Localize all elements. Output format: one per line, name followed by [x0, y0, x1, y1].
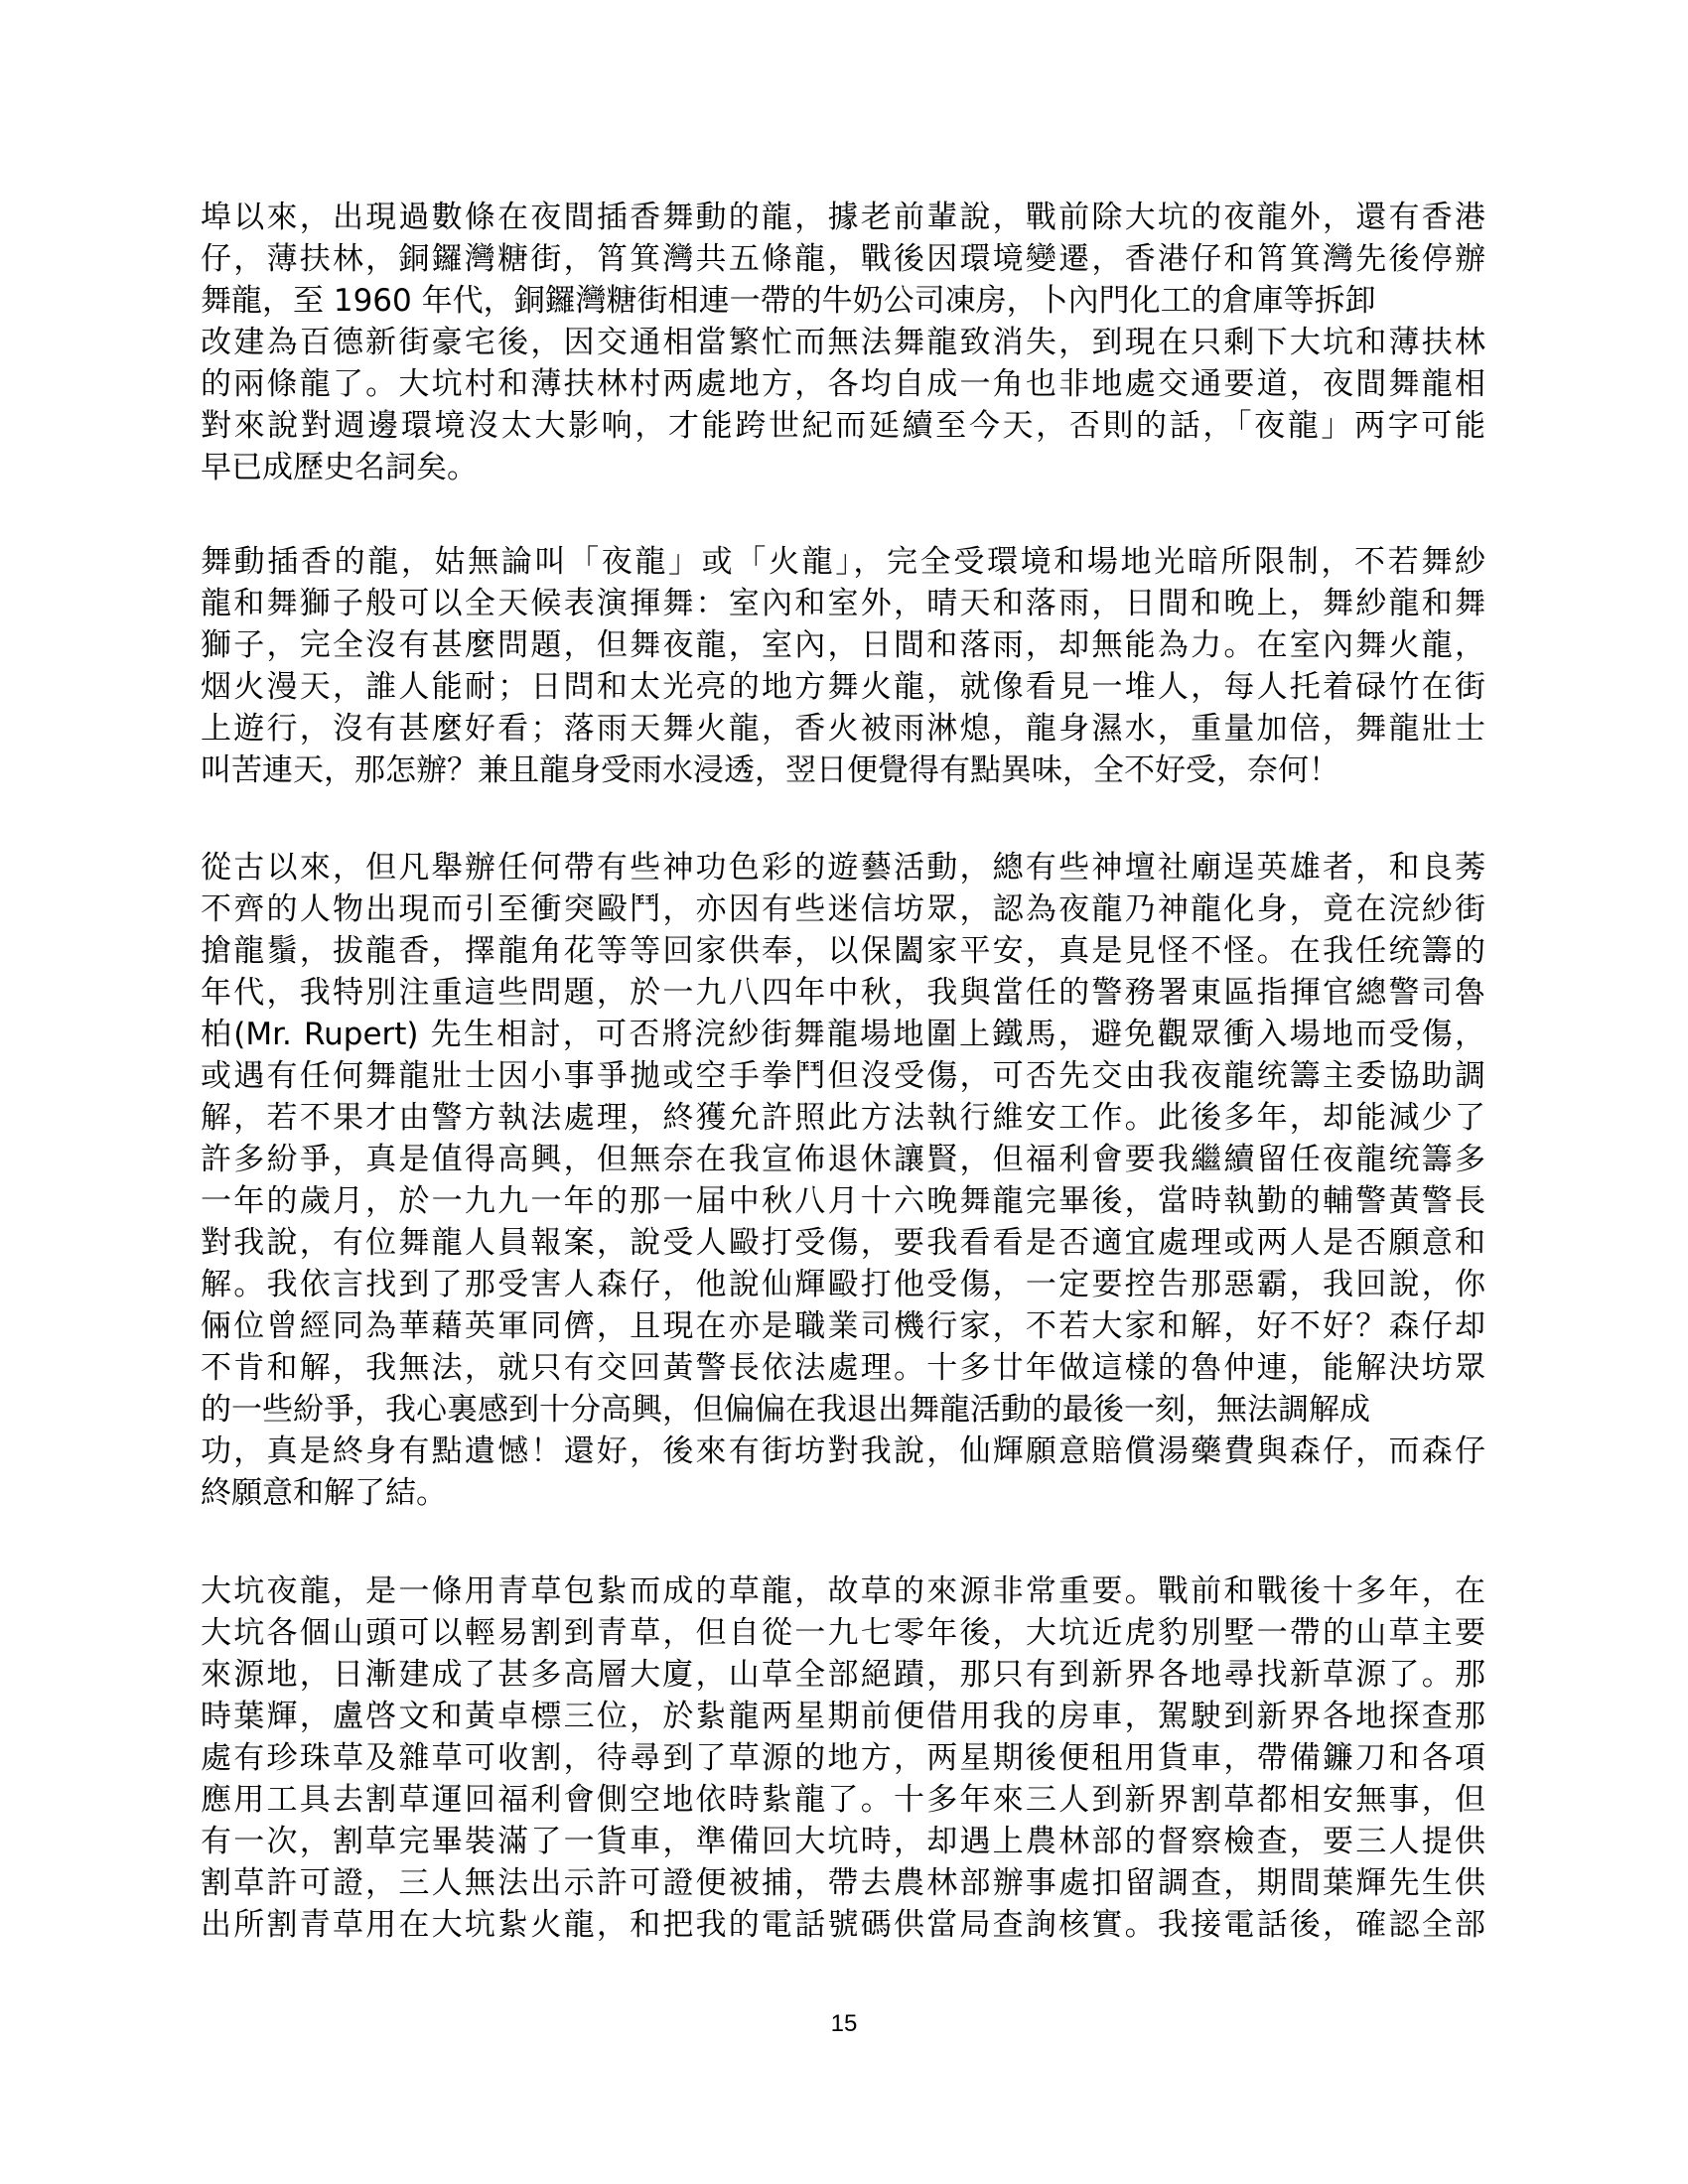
- text-line: 許多紛爭，真是值得高興，但無奈在我宣佈退休讓賢，但福利會要我繼續留任夜龍统籌多: [201, 1139, 1485, 1180]
- text-line: 大坑各個山頭可以輕易割到青草，但自從一九七零年後，大坑近虎豹別墅一帶的山草主要: [201, 1612, 1485, 1654]
- document-page: 埠以來，出現過數條在夜間插香舞動的龍，據老前輩說，戰前除大坑的夜龍外，還有香港 …: [0, 0, 1688, 2184]
- text-line: 舞動插香的龍，姑無論叫「夜龍」或「火龍」，完全受環境和場地光暗所限制，不若舞紗: [201, 541, 1485, 583]
- text-line: 烟火漫天，誰人能耐；日問和太光亮的地方舞火龍，就像看見一堆人，每人托着碌竹在街: [201, 666, 1485, 708]
- text-line: 舞龍，至 1960 年代，銅鑼灣糖街相連一帶的牛奶公司凍房，卜內門化工的倉庫等拆…: [201, 280, 1485, 322]
- page-number: 15: [0, 2009, 1688, 2039]
- text-line: 叫苦連天，那怎辦？兼且龍身受雨水浸透，翌日便覺得有點異味，全不好受，奈何！: [201, 750, 1485, 791]
- text-line: 對來說對週邊環境沒太大影响，才能跨世紀而延續至今天，否則的話，「夜龍」两字可能: [201, 405, 1485, 447]
- text-line: 獅子，完全沒有甚麼問題，但舞夜龍，室內，日間和落雨，却無能為力。在室內舞火龍，: [201, 624, 1485, 666]
- text-line: 倆位曾經同為華藉英軍同儕，且現在亦是職業司機行家，不若大家和解，好不好？森仔却: [201, 1305, 1485, 1347]
- text-line: 時葉輝，盧啓文和黃卓標三位，於紥龍两星期前便借用我的房車，駕駛到新界各地探查那: [201, 1696, 1485, 1737]
- text-line: 仔，薄扶林，銅鑼灣糖街，筲箕灣共五條龍，戰後因環境變遷，香港仔和筲箕灣先後停辦: [201, 238, 1485, 280]
- text-line: 柏(Mr. Rupert) 先生相討，可否將浣紗街舞龍場地圍上鐵馬，避免觀眾衝入…: [201, 1014, 1485, 1055]
- paragraph-3: 從古以來，但凡舉辦任何帶有些神功色彩的遊藝活動，總有些神壇社廟逞英雄者，和良莠 …: [201, 847, 1485, 1514]
- text-line: 搶龍鬚，拔龍香，擇龍角花等等回家供奉，以保闔家平安，真是見怪不怪。在我任统籌的: [201, 930, 1485, 972]
- text-line: 功，真是終身有點遺憾！還好，後來有街坊對我說，仙輝願意賠償湯藥費與森仔，而森仔: [201, 1431, 1485, 1472]
- text-line: 埠以來，出現過數條在夜間插香舞動的龍，據老前輩說，戰前除大坑的夜龍外，還有香港: [201, 197, 1485, 238]
- text-line: 上遊行，沒有甚麼好看；落雨天舞火龍，香火被雨淋熄，龍身濕水，重量加倍，舞龍壯士: [201, 708, 1485, 750]
- text-line: 的一些紛爭，我心裏感到十分高興，但偏偏在我退出舞龍活動的最後一刻，無法調解成: [201, 1389, 1485, 1431]
- text-line: 終願意和解了結。: [201, 1472, 1485, 1514]
- text-line: 割草許可證，三人無法出示許可證便被捕，帶去農林部辦事處扣留調查，期間葉輝先生供: [201, 1862, 1485, 1904]
- paragraph-1: 埠以來，出現過數條在夜間插香舞動的龍，據老前輩說，戰前除大坑的夜龍外，還有香港 …: [201, 197, 1485, 488]
- text-line: 大坑夜龍，是一條用青草包紥而成的草龍，故草的來源非常重要。戰前和戰後十多年，在: [201, 1570, 1485, 1612]
- paragraph-4: 大坑夜龍，是一條用青草包紥而成的草龍，故草的來源非常重要。戰前和戰後十多年，在 …: [201, 1570, 1485, 1946]
- text-line: 處有珍珠草及雜草可收割，待尋到了草源的地方，两星期後便租用貨車，帶備鐮刀和各項: [201, 1737, 1485, 1779]
- text-line: 有一次，割草完畢裝滿了一貨車，準備回大坑時，却遇上農林部的督察檢查，要三人提供: [201, 1821, 1485, 1862]
- text-line: 改建為百德新街豪宅後，因交通相當繁忙而無法舞龍致消失，到現在只剩下大坑和薄扶林: [201, 322, 1485, 363]
- text-line: 的兩條龍了。大坑村和薄扶林村两處地方，各均自成一角也非地處交通要道，夜間舞龍相: [201, 363, 1485, 405]
- text-line: 一年的歲月，於一九九一年的那一届中秋八月十六晚舞龍完畢後，當時執勤的輔警黃警長: [201, 1180, 1485, 1222]
- text-line: 早已成歷史名詞矣。: [201, 447, 1485, 488]
- text-line: 對我說，有位舞龍人員報案，說受人毆打受傷，要我看看是否適宜處理或两人是否願意和: [201, 1222, 1485, 1264]
- text-line: 應用工具去割草運回福利會側空地依時紥龍了。十多年來三人到新界割草都相安無事，但: [201, 1779, 1485, 1821]
- text-line: 年代，我特別注重這些問題，於一九八四年中秋，我與當任的警務署東區指揮官總警司魯: [201, 972, 1485, 1014]
- text-line: 或遇有任何舞龍壯士因小事爭拋或空手拳鬥但沒受傷，可否先交由我夜龍统籌主委協助調: [201, 1055, 1485, 1097]
- text-line: 解，若不果才由警方執法處理，終獲允許照此方法執行維安工作。此後多年，却能減少了: [201, 1097, 1485, 1139]
- text-line: 不肯和解，我無法，就只有交回黃警長依法處理。十多廿年做這樣的魯仲連，能解決坊眾: [201, 1347, 1485, 1389]
- paragraph-2: 舞動插香的龍，姑無論叫「夜龍」或「火龍」，完全受環境和場地光暗所限制，不若舞紗 …: [201, 541, 1485, 791]
- text-line: 出所割青草用在大坑紥火龍，和把我的電話號碼供當局查詢核實。我接電話後，確認全部: [201, 1904, 1485, 1946]
- text-line: 不齊的人物出現而引至衝突毆鬥，亦因有些迷信坊眾，認為夜龍乃神龍化身，竟在浣紗街: [201, 888, 1485, 930]
- text-line: 從古以來，但凡舉辦任何帶有些神功色彩的遊藝活動，總有些神壇社廟逞英雄者，和良莠: [201, 847, 1485, 888]
- text-line: 解。我依言找到了那受害人森仔，他說仙輝毆打他受傷，一定要控告那惡霸，我回說，你: [201, 1264, 1485, 1305]
- text-line: 來源地，日漸建成了甚多高層大廈，山草全部絕蹟，那只有到新界各地尋找新草源了。那: [201, 1654, 1485, 1696]
- text-line: 龍和舞獅子般可以全天候表演揮舞：室內和室外，晴天和落雨，日間和晚上，舞紗龍和舞: [201, 583, 1485, 624]
